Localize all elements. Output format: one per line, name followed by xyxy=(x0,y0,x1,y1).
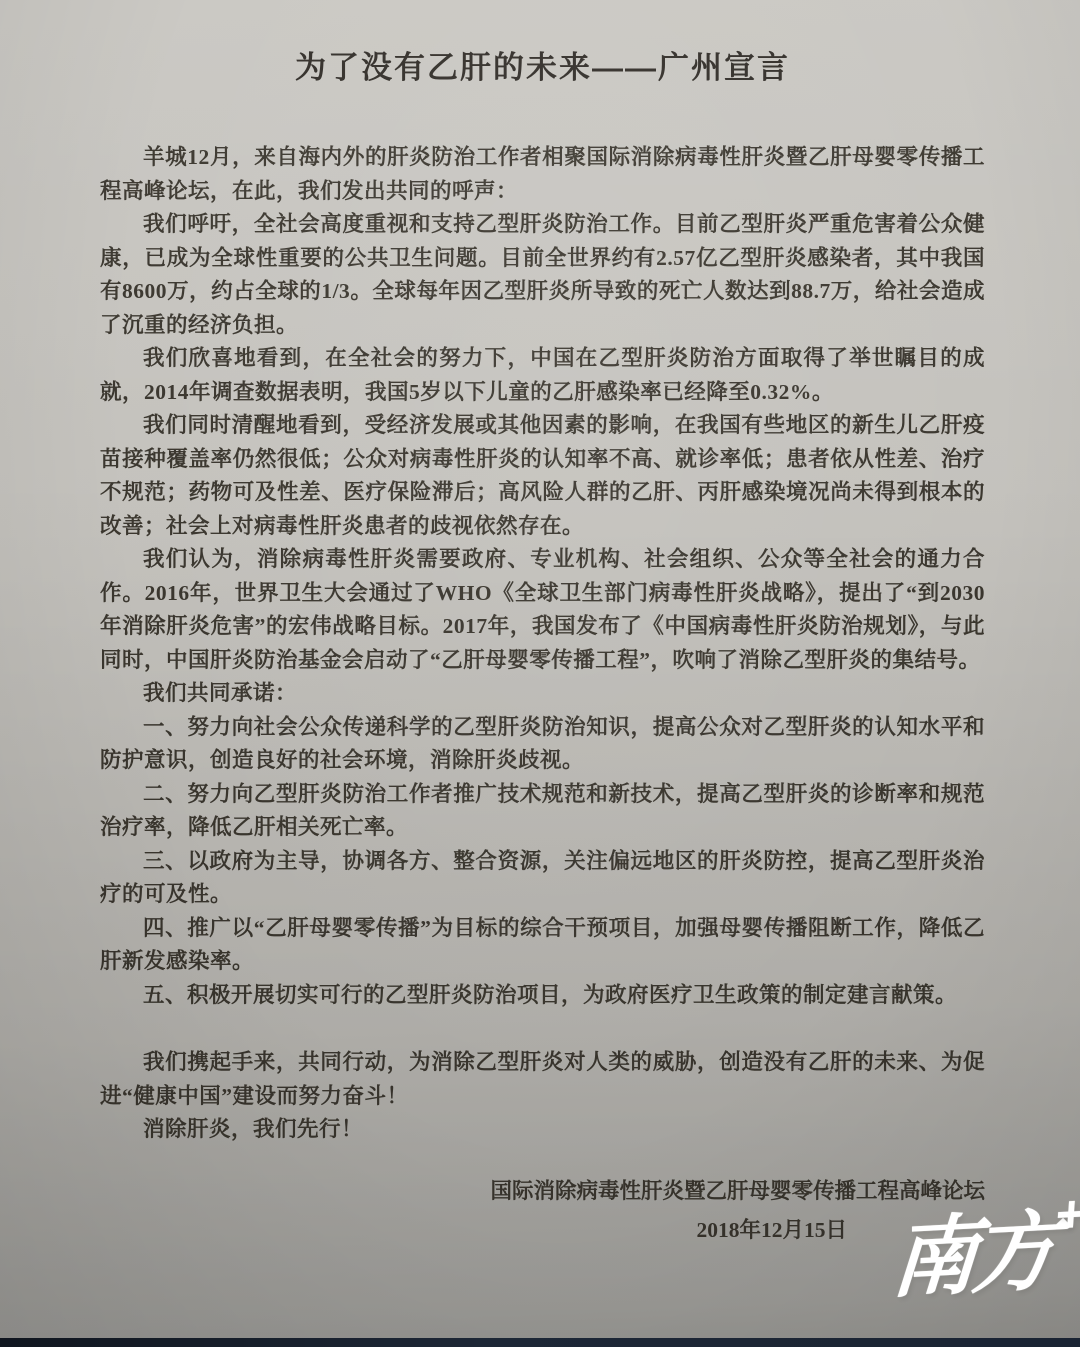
pledge-item-3: 三、以政府为主导，协调各方、整合资源，关注偏远地区的肝炎防控，提高乙型肝炎治疗的… xyxy=(100,845,985,912)
paragraph-slogan: 消除肝炎，我们先行！ xyxy=(100,1113,985,1147)
nanfang-plus-watermark-logo: 南方+ xyxy=(887,1180,1080,1315)
paragraph-closing: 我们携起手来，共同行动，为消除乙型肝炎对人类的威胁，创造没有乙肝的未来、为促进“… xyxy=(100,1046,985,1113)
plus-icon: + xyxy=(1053,1185,1080,1245)
document-title: 为了没有乙肝的未来——广州宣言 xyxy=(100,42,985,87)
signature-line: 国际消除病毒性肝炎暨乙肝母婴零传播工程高峰论坛 xyxy=(100,1175,985,1208)
pledge-item-4: 四、推广以“乙肝母婴零传播”为目标的综合干预项目，加强母婴传播阻断工作，降低乙肝… xyxy=(100,912,985,979)
pledge-item-5: 五、积极开展切实可行的乙型肝炎防治项目，为政府医疗卫生政策的制定建言献策。 xyxy=(100,979,985,1013)
document-page: 为了没有乙肝的未来——广州宣言 羊城12月，来自海内外的肝炎防治工作者相聚国际消… xyxy=(0,0,1080,1347)
paragraph-cooperation: 我们认为，消除病毒性肝炎需要政府、专业机构、社会组织、公众等全社会的通力合作。2… xyxy=(100,543,985,677)
paragraph-opening: 羊城12月，来自海内外的肝炎防治工作者相聚国际消除病毒性肝炎暨乙肝母婴零传播工程… xyxy=(100,141,985,208)
pledge-item-2: 二、努力向乙型肝炎防治工作者推广技术规范和新技术，提高乙型肝炎的诊断率和规范治疗… xyxy=(100,778,985,845)
nanfang-logo-characters: 南方 xyxy=(888,1203,1055,1308)
paragraph-achievement: 我们欣喜地看到，在全社会的努力下，中国在乙型肝炎防治方面取得了举世瞩目的成就，2… xyxy=(100,342,985,409)
paragraph-challenges: 我们同时清醒地看到，受经济发展或其他因素的影响，在我国有些地区的新生儿乙肝疫苗接… xyxy=(100,409,985,543)
document-photo: 为了没有乙肝的未来——广州宣言 羊城12月，来自海内外的肝炎防治工作者相聚国际消… xyxy=(0,0,1080,1347)
document-body: 羊城12月，来自海内外的肝炎防治工作者相聚国际消除病毒性肝炎暨乙肝母婴零传播工程… xyxy=(100,141,985,1147)
table-edge-strip xyxy=(0,1338,1080,1347)
paragraph-appeal: 我们呼吁，全社会高度重视和支持乙型肝炎防治工作。目前乙型肝炎严重危害着公众健康，… xyxy=(100,208,985,342)
paragraph-pledge-intro: 我们共同承诺： xyxy=(100,677,985,711)
pledge-item-1: 一、努力向社会公众传递科学的乙型肝炎防治知识，提高公众对乙型肝炎的认知水平和防护… xyxy=(100,711,985,778)
date-line: 2018年12月15日 xyxy=(100,1214,985,1247)
